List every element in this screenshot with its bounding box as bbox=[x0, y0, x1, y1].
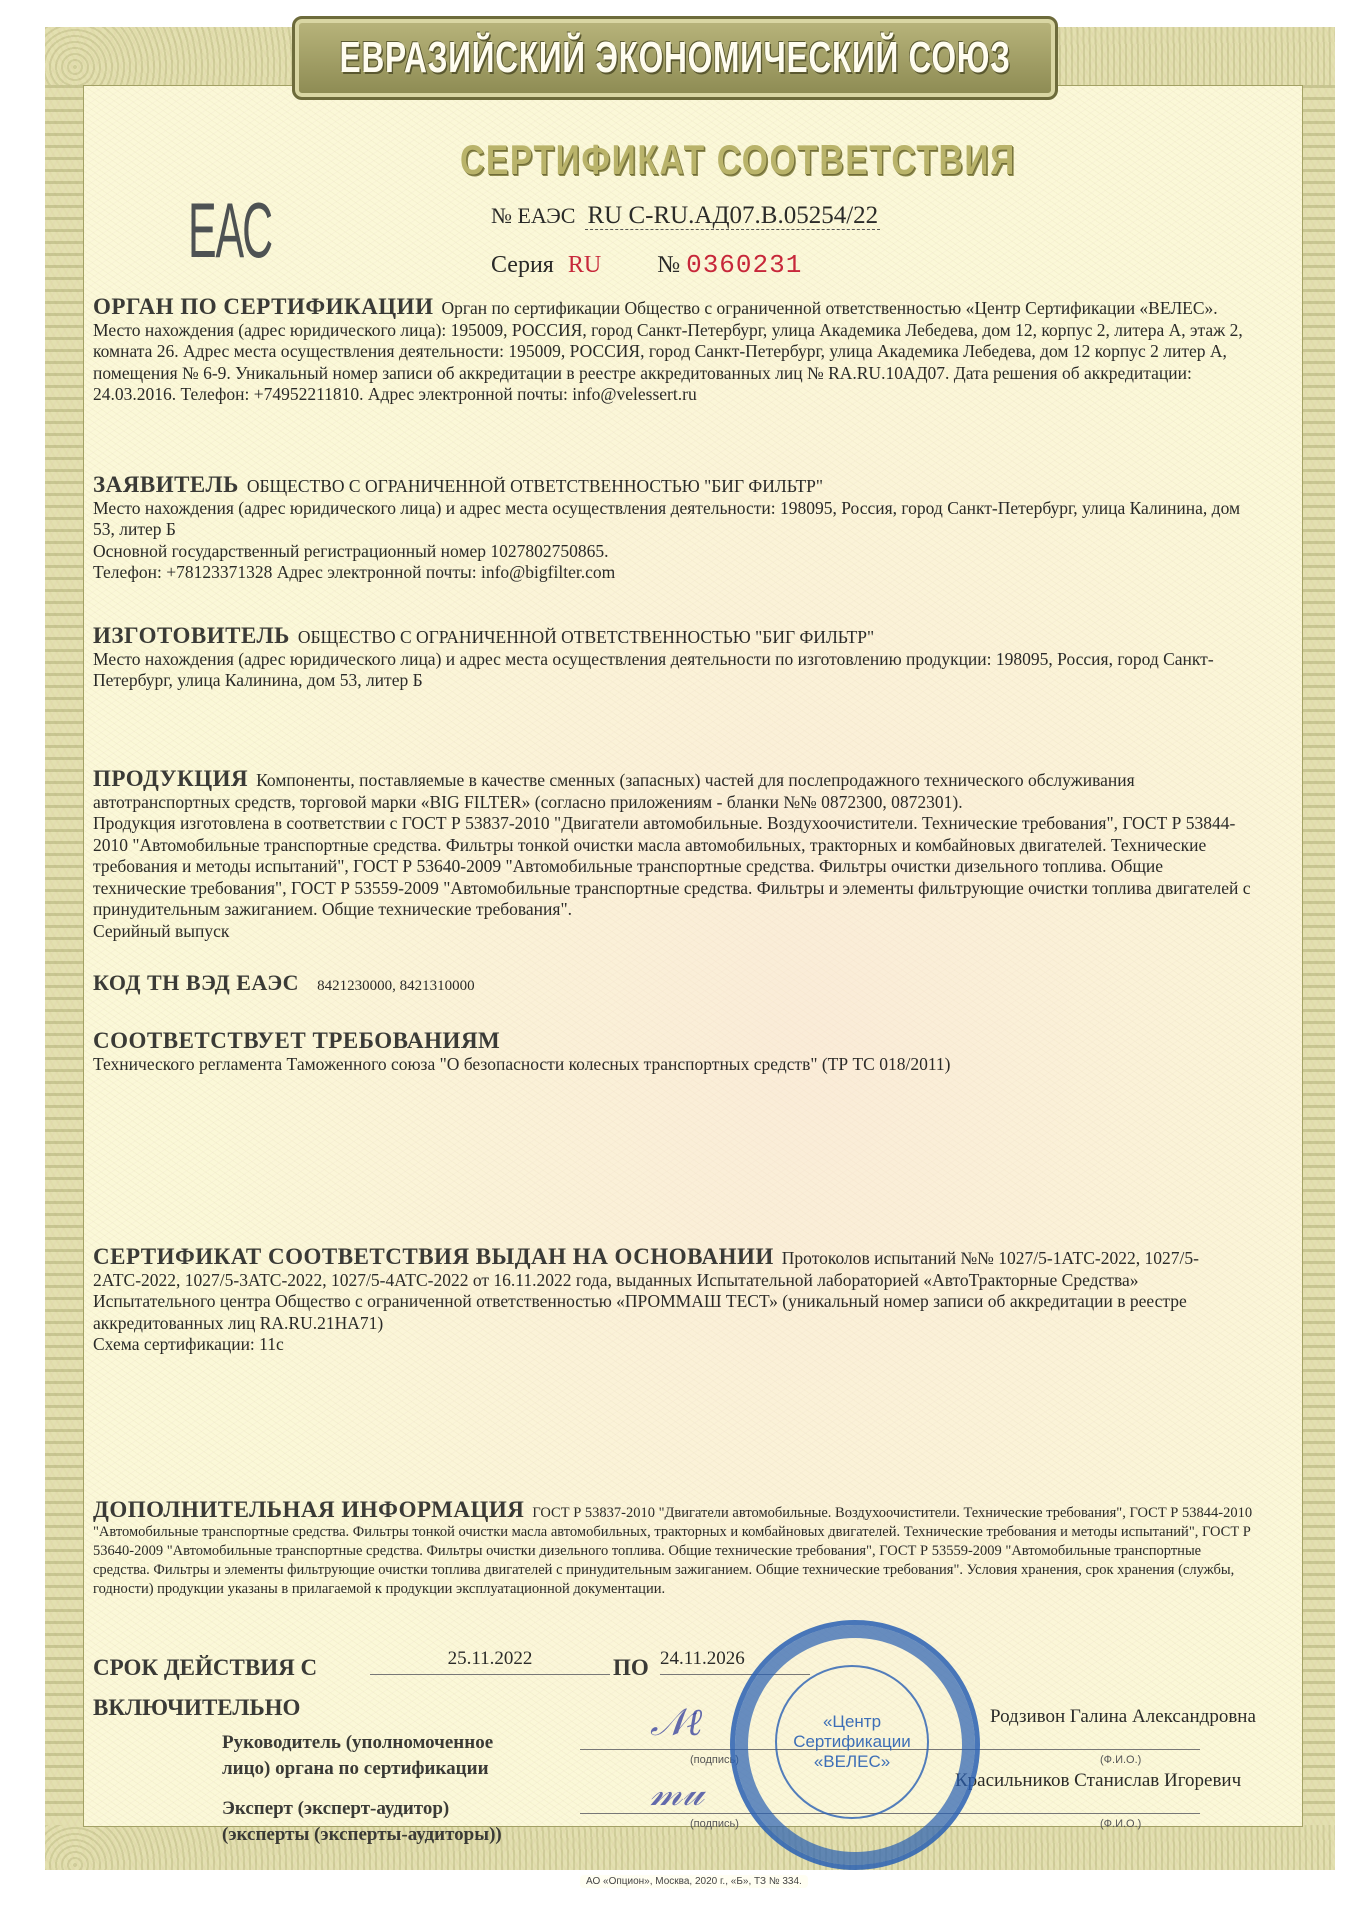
section-applicant: ЗАЯВИТЕЛЬОБЩЕСТВО С ОГРАНИЧЕННОЙ ОТВЕТСТ… bbox=[93, 474, 1253, 584]
blank-number-value: 0360231 bbox=[686, 250, 802, 280]
manufacturer-name: ОБЩЕСТВО С ОГРАНИЧЕННОЙ ОТВЕТСТВЕННОСТЬЮ… bbox=[298, 627, 874, 647]
conforms-text: Технического регламента Таможенного союз… bbox=[93, 1054, 1253, 1076]
head-signature-icon: 𝒩ℓ bbox=[650, 1700, 702, 1745]
printer-imprint: АО «Опцион», Москва, 2020 г., «Б», ТЗ № … bbox=[580, 1875, 808, 1888]
applicant-ogrn: Основной государственный регистрационный… bbox=[93, 541, 1253, 563]
blank-number-label: № bbox=[657, 252, 680, 278]
section-product: ПРОДУКЦИЯКомпоненты, поставляемые в каче… bbox=[93, 768, 1253, 942]
series-line: Серия RU № 0360231 bbox=[491, 250, 802, 280]
head-fio-caption: (Ф.И.О.) bbox=[1100, 1754, 1141, 1766]
expert-signature-caption: (подпись) bbox=[690, 1818, 739, 1830]
stamp-line1: «Центр bbox=[823, 1712, 881, 1732]
head-label-line1: Руководитель (уполномоченное bbox=[222, 1730, 493, 1756]
tn-ved-codes: 8421230000, 8421310000 bbox=[317, 978, 475, 994]
section-basis: СЕРТИФИКАТ СООТВЕТСТВИЯ ВЫДАН НА ОСНОВАН… bbox=[93, 1246, 1253, 1356]
basis-scheme: Схема сертификации: 11с bbox=[93, 1334, 1253, 1356]
validity-from-date: 25.11.2022 bbox=[370, 1648, 610, 1675]
union-banner: ЕВРАЗИЙСКИЙ ЭКОНОМИЧЕСКИЙ СОЮЗ bbox=[292, 16, 1058, 100]
manufacturer-address: Место нахождения (адрес юридического лиц… bbox=[93, 649, 1253, 692]
number-value: RU C-RU.АД07.В.05254/22 bbox=[585, 202, 880, 230]
decorative-border-left bbox=[45, 85, 83, 1825]
head-label: Руководитель (уполномоченное лицо) орган… bbox=[222, 1730, 493, 1782]
number-label: № ЕАЭС bbox=[491, 203, 575, 228]
stamp-line2: Сертификации bbox=[793, 1732, 911, 1752]
stamp-center: «Центр Сертификации «ВЕЛЕС» bbox=[775, 1665, 929, 1819]
section-tn-ved: КОД ТН ВЭД ЕАЭС8421230000, 8421310000 bbox=[93, 972, 1253, 998]
expert-fio-caption: (Ф.И.О.) bbox=[1100, 1818, 1141, 1830]
expert-name: Красильников Станислав Игоревич bbox=[955, 1770, 1241, 1792]
validity-from-label: СРОК ДЕЙСТВИЯ С bbox=[93, 1655, 317, 1680]
applicant-name: ОБЩЕСТВО С ОГРАНИЧЕННОЙ ОТВЕТСТВЕННОСТЬЮ… bbox=[247, 476, 823, 496]
expert-label-line1: Эксперт (эксперт-аудитор) bbox=[222, 1796, 502, 1822]
section-heading: ЗАЯВИТЕЛЬ bbox=[93, 472, 239, 497]
section-heading: ПРОДУКЦИЯ bbox=[93, 766, 248, 791]
certificate-title: СЕРТИФИКАТ СООТВЕТСТВИЯ bbox=[460, 136, 940, 184]
expert-label-line2: (эксперты (эксперты-аудиторы)) bbox=[222, 1822, 502, 1848]
head-name: Родзивон Галина Александровна bbox=[990, 1706, 1256, 1728]
product-text: Компоненты, поставляемые в качестве смен… bbox=[93, 770, 1135, 812]
validity-to-label: ПО bbox=[613, 1655, 649, 1681]
applicant-address: Место нахождения (адрес юридического лиц… bbox=[93, 498, 1253, 541]
series-value: RU bbox=[568, 252, 601, 278]
section-heading: ИЗГОТОВИТЕЛЬ bbox=[93, 623, 290, 648]
section-heading: СООТВЕТСТВУЕТ ТРЕБОВАНИЯМ bbox=[93, 1028, 500, 1053]
section-heading: ДОПОЛНИТЕЛЬНАЯ ИНФОРМАЦИЯ bbox=[93, 1497, 524, 1522]
expert-signature-icon: 𝓂𝓊 bbox=[650, 1770, 704, 1815]
section-heading: СЕРТИФИКАТ СООТВЕТСТВИЯ ВЫДАН НА ОСНОВАН… bbox=[93, 1244, 774, 1269]
certificate-number: № ЕАЭС RU C-RU.АД07.В.05254/22 bbox=[491, 202, 880, 230]
expert-label: Эксперт (эксперт-аудитор) (эксперты (экс… bbox=[222, 1796, 502, 1848]
product-standards: Продукция изготовлена в соответствии с Г… bbox=[93, 813, 1253, 921]
eac-logo-icon: ЕАС bbox=[188, 185, 272, 276]
section-manufacturer: ИЗГОТОВИТЕЛЬОБЩЕСТВО С ОГРАНИЧЕННОЙ ОТВЕ… bbox=[93, 625, 1253, 692]
series-label: Серия bbox=[491, 252, 554, 278]
section-heading: ОРГАН ПО СЕРТИФИКАЦИИ bbox=[93, 294, 433, 319]
stamp-line3: «ВЕЛЕС» bbox=[814, 1752, 890, 1772]
section-heading: КОД ТН ВЭД ЕАЭС bbox=[93, 970, 299, 995]
union-title: ЕВРАЗИЙСКИЙ ЭКОНОМИЧЕСКИЙ СОЮЗ bbox=[339, 33, 1010, 83]
section-additional-info: ДОПОЛНИТЕЛЬНАЯ ИНФОРМАЦИЯГОСТ Р 53837-20… bbox=[93, 1500, 1253, 1599]
section-conforms: СООТВЕТСТВУЕТ ТРЕБОВАНИЯМ Технического р… bbox=[93, 1030, 1253, 1075]
product-release: Серийный выпуск bbox=[93, 921, 1253, 943]
section-certification-body: ОРГАН ПО СЕРТИФИКАЦИИОрган по сертификац… bbox=[93, 296, 1253, 406]
applicant-contacts: Телефон: +78123371328 Адрес электронной … bbox=[93, 562, 1253, 584]
head-label-line2: лицо) органа по сертификации bbox=[222, 1756, 493, 1782]
official-stamp-icon: «Центр Сертификации «ВЕЛЕС» bbox=[730, 1620, 980, 1870]
